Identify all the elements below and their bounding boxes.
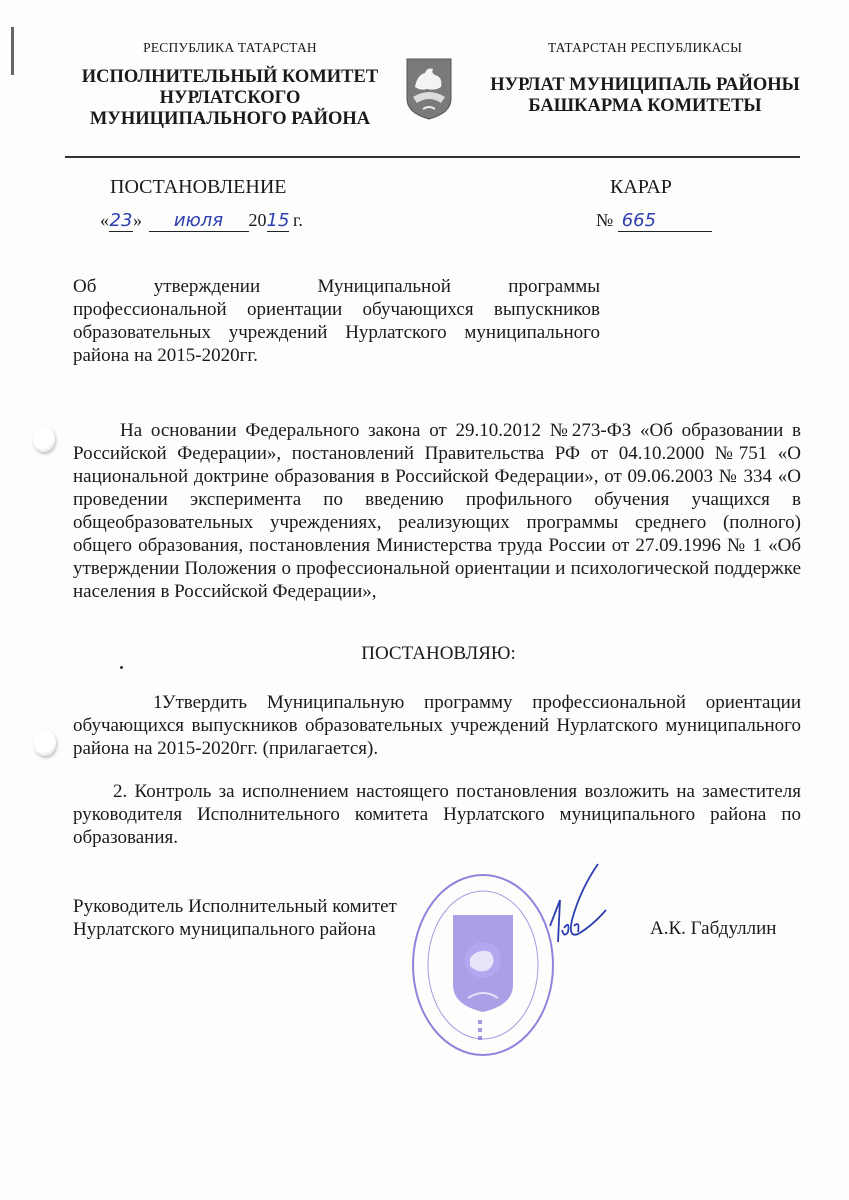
- date-year: 15: [267, 210, 290, 231]
- punch-hole-bottom: [34, 730, 56, 756]
- resolve-heading: ПОСТАНОВЛЯЮ:: [0, 643, 849, 665]
- signatory-name: А.К. Габдуллин: [650, 918, 776, 940]
- date-month: июля: [174, 210, 223, 231]
- handwritten-signature-icon: [520, 860, 610, 950]
- header-left-republic: РЕСПУБЛИКА ТАТАРСТАН: [95, 40, 365, 56]
- header-left-org-line: НУРЛАТСКОГО: [75, 88, 385, 109]
- staple-mark: [11, 27, 14, 75]
- signatory-position: Руководитель Исполнительный комитет Нурл…: [73, 895, 397, 941]
- header-right-republic: ТАТАРСТАН РЕСПУБЛИКАСЫ: [515, 40, 775, 56]
- resolution-item-2: 2. Контроль за исполнением настоящего по…: [73, 780, 801, 849]
- document-number: № 665: [596, 210, 712, 232]
- document-subject: Об утверждении Муниципальной программы п…: [73, 275, 600, 367]
- resolution-item-1: 1.Утвердить Муниципальную программу проф…: [73, 691, 801, 760]
- header-right-org: НУРЛАТ МУНИЦИПАЛЬ РАЙОНЫ БАШКАРМА КОМИТЕ…: [485, 75, 805, 117]
- header-divider: [65, 156, 800, 158]
- document-date: «23» июля2015 г.: [100, 210, 303, 232]
- preamble-paragraph: На основании Федерального закона от 29.1…: [73, 419, 801, 603]
- header-left-org-line: МУНИЦИПАЛЬНОГО РАЙОНА: [75, 109, 385, 130]
- header-left-org: ИСПОЛНИТЕЛЬНЫЙ КОМИТЕТ НУРЛАТСКОГО МУНИЦ…: [75, 67, 385, 130]
- dot-mark: [120, 666, 123, 669]
- doc-type-left: ПОСТАНОВЛЕНИЕ: [110, 176, 286, 199]
- header-right-org-line: НУРЛАТ МУНИЦИПАЛЬ РАЙОНЫ: [485, 75, 805, 96]
- date-day: 23: [110, 210, 133, 231]
- doc-type-right: КАРАР: [610, 176, 672, 199]
- punch-hole-top: [33, 426, 55, 452]
- header-left-org-line: ИСПОЛНИТЕЛЬНЫЙ КОМИТЕТ: [75, 67, 385, 88]
- coat-of-arms-icon: [405, 57, 453, 121]
- header-right-org-line: БАШКАРМА КОМИТЕТЫ: [485, 96, 805, 117]
- number-value: 665: [622, 210, 656, 231]
